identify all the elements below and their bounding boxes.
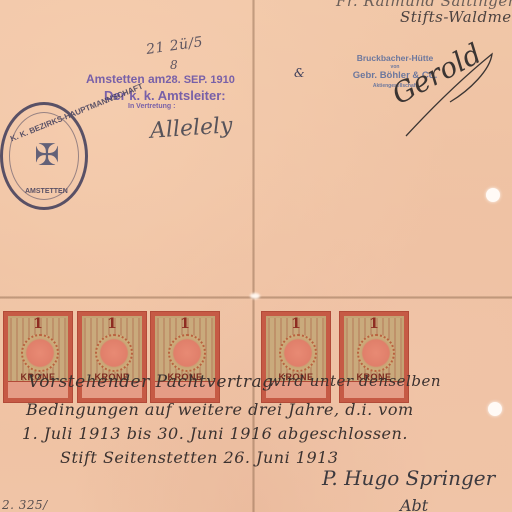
- stamp-value: 1: [344, 316, 404, 332]
- punch-hole-icon: [486, 188, 500, 202]
- top-right-handwriting-title: Stifts-Waldmeister: [400, 8, 512, 26]
- abbot-signature: P. Hugo Springer: [322, 466, 495, 490]
- body-line-1-left: Vorstehender Pachtvertrag: [28, 372, 274, 392]
- stamp-value: 1: [8, 316, 68, 332]
- emperor-portrait-icon: [279, 334, 317, 372]
- emperor-portrait-icon: [21, 334, 59, 372]
- bottom-left-reference: 2. 325/: [2, 498, 48, 512]
- emperor-portrait-icon: [95, 334, 133, 372]
- seal-text-bottom: AMSTETTEN: [25, 188, 68, 195]
- double-headed-eagle-icon: ✠: [29, 135, 65, 177]
- company-mark: &: [294, 66, 305, 80]
- body-line-4-place-date: Stift Seitenstetten 26. Juni 1913: [60, 448, 339, 467]
- abbot-title: Abt: [400, 496, 428, 512]
- emperor-portrait-icon: [168, 334, 206, 372]
- stamp-value: 1: [82, 316, 142, 332]
- office-stamp-place: Amstetten am: [86, 72, 165, 86]
- reference-fraction: 8: [170, 58, 178, 72]
- stamp-value: 1: [155, 316, 215, 332]
- body-line-3: 1. Juli 1913 bis 30. Juni 1916 abgeschlo…: [22, 424, 408, 443]
- emperor-portrait-icon: [357, 334, 395, 372]
- office-stamp-date: 28. SEP. 1910: [165, 74, 235, 86]
- punch-hole-icon: [488, 402, 502, 416]
- body-line-1-right: wird unter denselben: [268, 372, 441, 390]
- signature-stroke: [400, 50, 500, 140]
- stamp-value: 1: [266, 316, 326, 332]
- body-line-2: Bedingungen auf weitere drei Jahre, d.i.…: [26, 400, 414, 419]
- office-stamp-date-line: Amstetten am28. SEP. 1910: [86, 72, 235, 86]
- fold-wear-spot: [250, 293, 260, 299]
- district-office-seal: K. K. BEZIRKS-HAUPTMANNSCHAFT ✠ AMSTETTE…: [0, 102, 88, 210]
- office-stamp-subtitle: In Vertretung :: [128, 103, 175, 110]
